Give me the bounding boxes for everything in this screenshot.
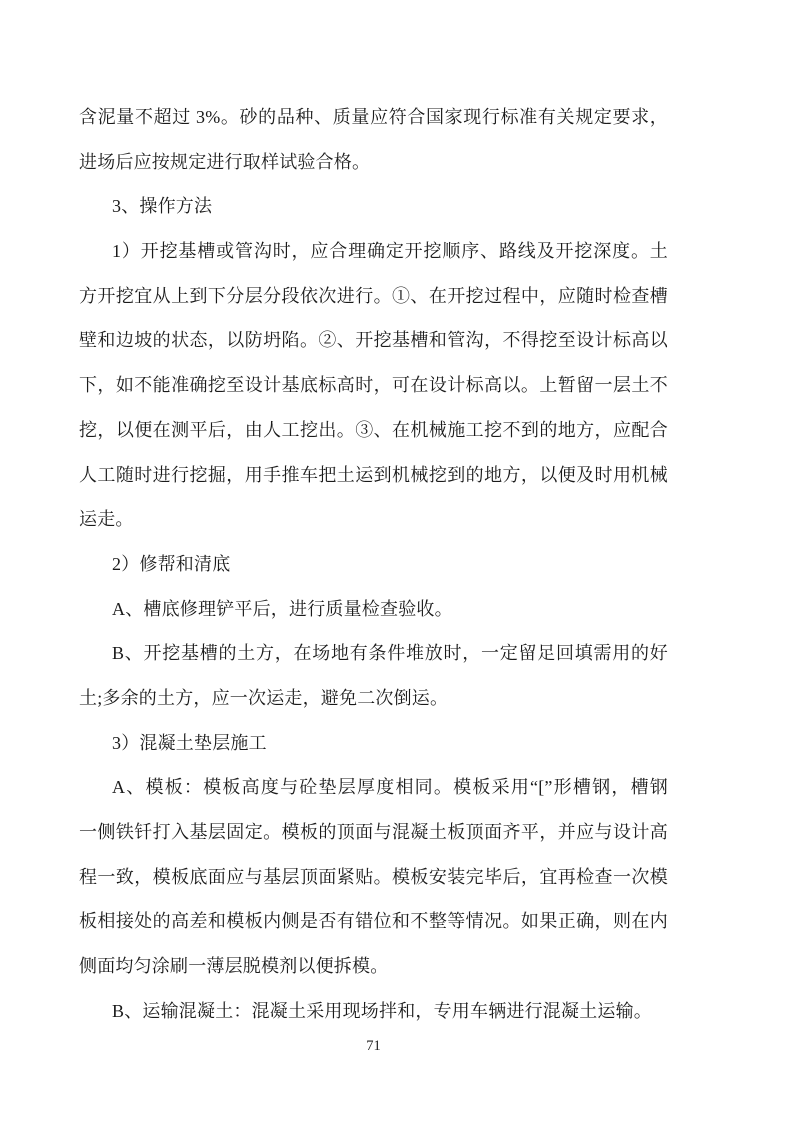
page-number: 71 [79, 1036, 668, 1056]
text-line: 进场后应按规定进行取样试验合格。 [79, 140, 668, 185]
text-line: 运走。 [79, 497, 668, 542]
text-line: 下，如不能准确挖至设计基底标高时，可在设计标高以。上暂留一层土不 [79, 363, 668, 408]
text-line: 挖，以便在测平后，由人工挖出。③、在机械施工挖不到的地方，应配合 [79, 408, 668, 453]
text-line: 方开挖宜从上到下分层分段依次进行。①、在开挖过程中，应随时检查槽 [79, 274, 668, 319]
text-line: A、槽底修理铲平后，进行质量检查验收。 [79, 587, 668, 632]
text-line: 侧面均匀涂刷一薄层脱模剂以便拆模。 [79, 944, 668, 989]
text-line: A、模板：模板高度与砼垫层厚度相同。模板采用“[”形槽钢，槽钢 [79, 765, 668, 810]
text-line: 1）开挖基槽或管沟时，应合理确定开挖顺序、路线及开挖深度。土 [79, 229, 668, 274]
text-line: 含泥量不超过 3%。砂的品种、质量应符合国家现行标准有关规定要求， [79, 95, 668, 140]
text-line: 板相接处的高差和模板内侧是否有错位和不整等情况。如果正确，则在内 [79, 899, 668, 944]
text-line: 一侧铁钎打入基层固定。模板的顶面与混凝土板顶面齐平，并应与设计高 [79, 810, 668, 855]
text-line: 3、操作方法 [79, 184, 668, 229]
text-line: 土;多余的土方，应一次运走，避免二次倒运。 [79, 676, 668, 721]
text-line: 程一致，模板底面应与基层顶面紧贴。模板安装完毕后，宜再检查一次模 [79, 855, 668, 900]
text-line: 人工随时进行挖掘，用手推车把土运到机械挖到的地方，以便及时用机械 [79, 453, 668, 498]
document-page: 含泥量不超过 3%。砂的品种、质量应符合国家现行标准有关规定要求，进场后应按规定… [0, 0, 793, 1122]
text-line: B、开挖基槽的土方，在场地有条件堆放时，一定留足回填需用的好 [79, 631, 668, 676]
text-line: B、运输混凝土：混凝土采用现场拌和，专用车辆进行混凝土运输。 [79, 989, 668, 1034]
text-line: 3）混凝土垫层施工 [79, 721, 668, 766]
document-body: 含泥量不超过 3%。砂的品种、质量应符合国家现行标准有关规定要求，进场后应按规定… [79, 95, 668, 1033]
text-line: 2）修帮和清底 [79, 542, 668, 587]
text-line: 壁和边坡的状态，以防坍陷。②、开挖基槽和管沟，不得挖至设计标高以 [79, 318, 668, 363]
